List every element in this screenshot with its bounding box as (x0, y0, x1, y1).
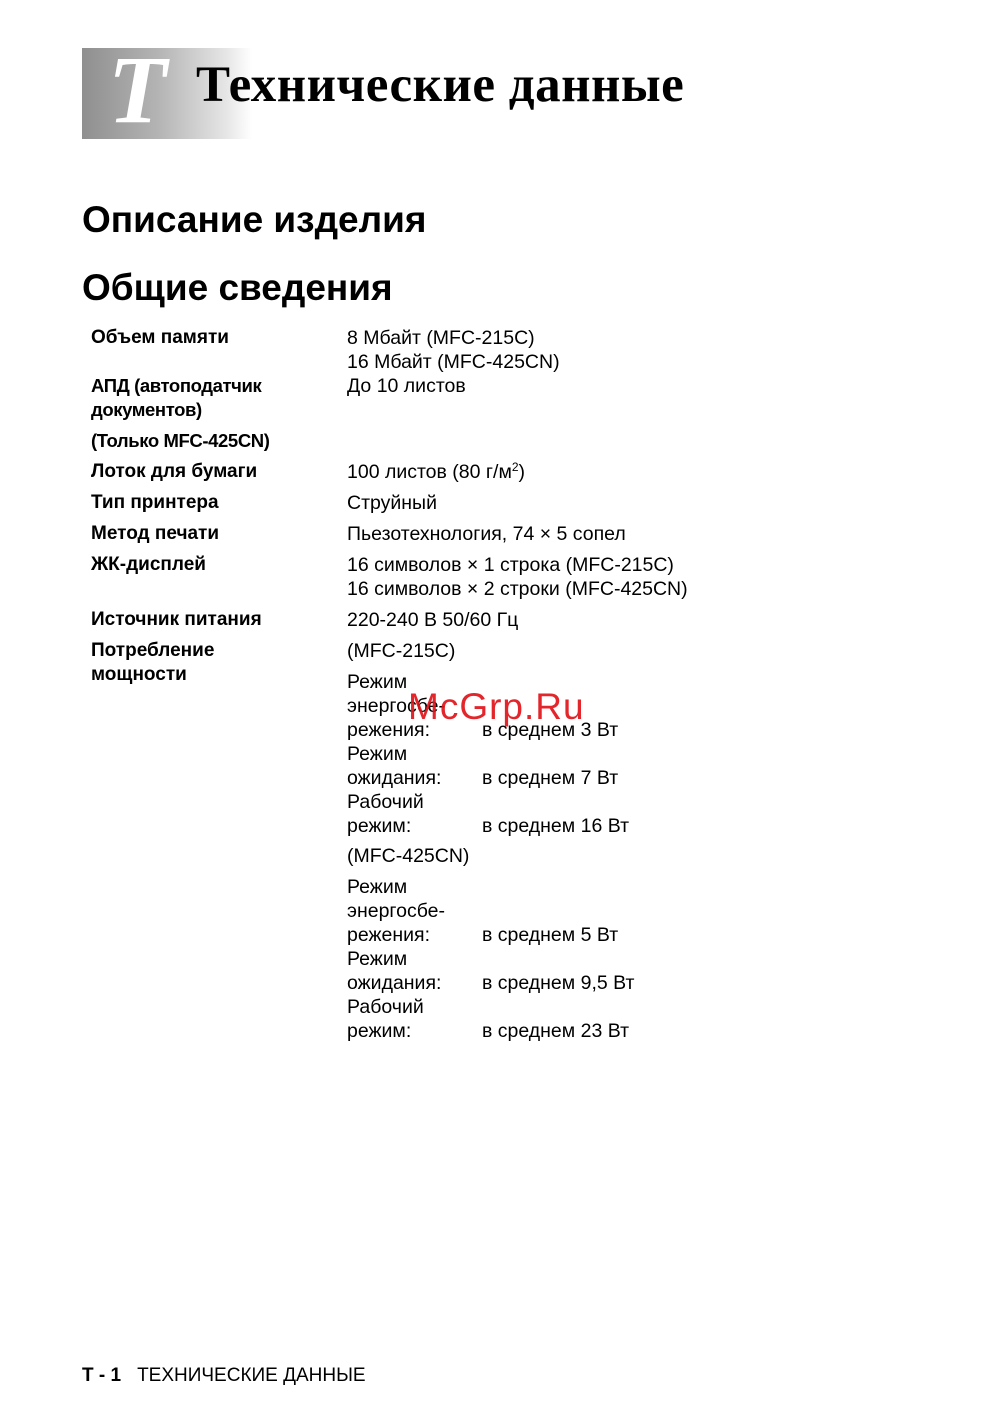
spec-value: 220-240 В 50/60 Гц (347, 608, 518, 632)
spec-label: Тип принтера (91, 491, 341, 515)
superscript: 2 (512, 460, 519, 474)
chapter-letter: T (108, 42, 167, 138)
power-mode-line: энергосбе- (347, 899, 477, 923)
spec-value-line: 16 Мбайт (MFC-425CN) (347, 350, 560, 374)
power-mode-value: в среднем 7 Вт (482, 766, 618, 790)
power-mode-value: в среднем 16 Вт (482, 814, 629, 838)
spec-label: Метод печати (91, 522, 341, 546)
power-mode-label: Режим ожидания: (347, 947, 477, 995)
spec-label: Потребление мощности (91, 639, 341, 687)
page-footer: T - 1ТЕХНИЧЕСКИЕ ДАННЫЕ (82, 1366, 366, 1385)
power-mode-line: ожидания: (347, 766, 477, 790)
power-mode-label: Рабочий режим: (347, 790, 477, 838)
power-mode-line: режим: (347, 814, 477, 838)
watermark: McGrp.Ru (408, 688, 585, 725)
power-mode-line: Рабочий (347, 790, 477, 814)
spec-value-line: 16 символов × 2 строки (MFC-425CN) (347, 577, 688, 601)
power-mode-line: ожидания: (347, 971, 477, 995)
heading-product-description: Описание изделия (82, 201, 426, 238)
heading-general-info: Общие сведения (82, 269, 393, 306)
spec-label-line: АПД (автоподатчик (91, 374, 341, 398)
power-mode-value: в среднем 5 Вт (482, 923, 618, 947)
power-mode-line: Режим (347, 947, 477, 971)
spec-label-line: документов) (91, 398, 341, 422)
spec-value-text: 100 листов (80 г/м (347, 461, 512, 483)
spec-label: АПД (автоподатчик документов) (91, 374, 341, 422)
spec-label-line: мощности (91, 663, 341, 687)
spec-value: Струйный (347, 491, 437, 515)
power-mode-line: режения: (347, 923, 477, 947)
power-mode-value: в среднем 9,5 Вт (482, 971, 634, 995)
spec-label: Объем памяти (91, 326, 341, 350)
spec-value-text: ) (519, 461, 526, 483)
power-model-425cn: (MFC-425CN) (347, 844, 469, 868)
spec-label: (Только MFC-425CN) (91, 429, 341, 453)
spec-value-line: 16 символов × 1 строка (MFC-215C) (347, 553, 688, 577)
power-mode-line: режим: (347, 1019, 477, 1043)
power-mode-label: Режим энергосбе- режения: (347, 875, 477, 947)
power-model-215c: (MFC-215C) (347, 639, 455, 663)
spec-value: 8 Мбайт (MFC-215C) 16 Мбайт (MFC-425CN) (347, 326, 560, 374)
page-number: T - 1 (82, 1365, 121, 1386)
spec-value: 16 символов × 1 строка (MFC-215C) 16 сим… (347, 553, 688, 601)
spec-value-line: 8 Мбайт (MFC-215C) (347, 326, 560, 350)
spec-value: До 10 листов (347, 374, 466, 398)
chapter-title: Технические данные (196, 60, 684, 111)
power-mode-line: Режим (347, 875, 477, 899)
spec-label: Лоток для бумаги (91, 460, 341, 484)
power-mode-line: Рабочий (347, 995, 477, 1019)
footer-section-title: ТЕХНИЧЕСКИЕ ДАННЫЕ (137, 1365, 366, 1386)
spec-label: ЖК-дисплей (91, 553, 341, 577)
spec-value: 100 листов (80 г/м2) (347, 460, 525, 484)
power-mode-label: Режим ожидания: (347, 742, 477, 790)
power-mode-value: в среднем 23 Вт (482, 1019, 629, 1043)
spec-label-line: Потребление (91, 639, 341, 663)
spec-value: Пьезотехнология, 74 × 5 сопел (347, 522, 626, 546)
spec-label: Источник питания (91, 608, 341, 632)
power-mode-line: Режим (347, 742, 477, 766)
power-mode-label: Рабочий режим: (347, 995, 477, 1043)
